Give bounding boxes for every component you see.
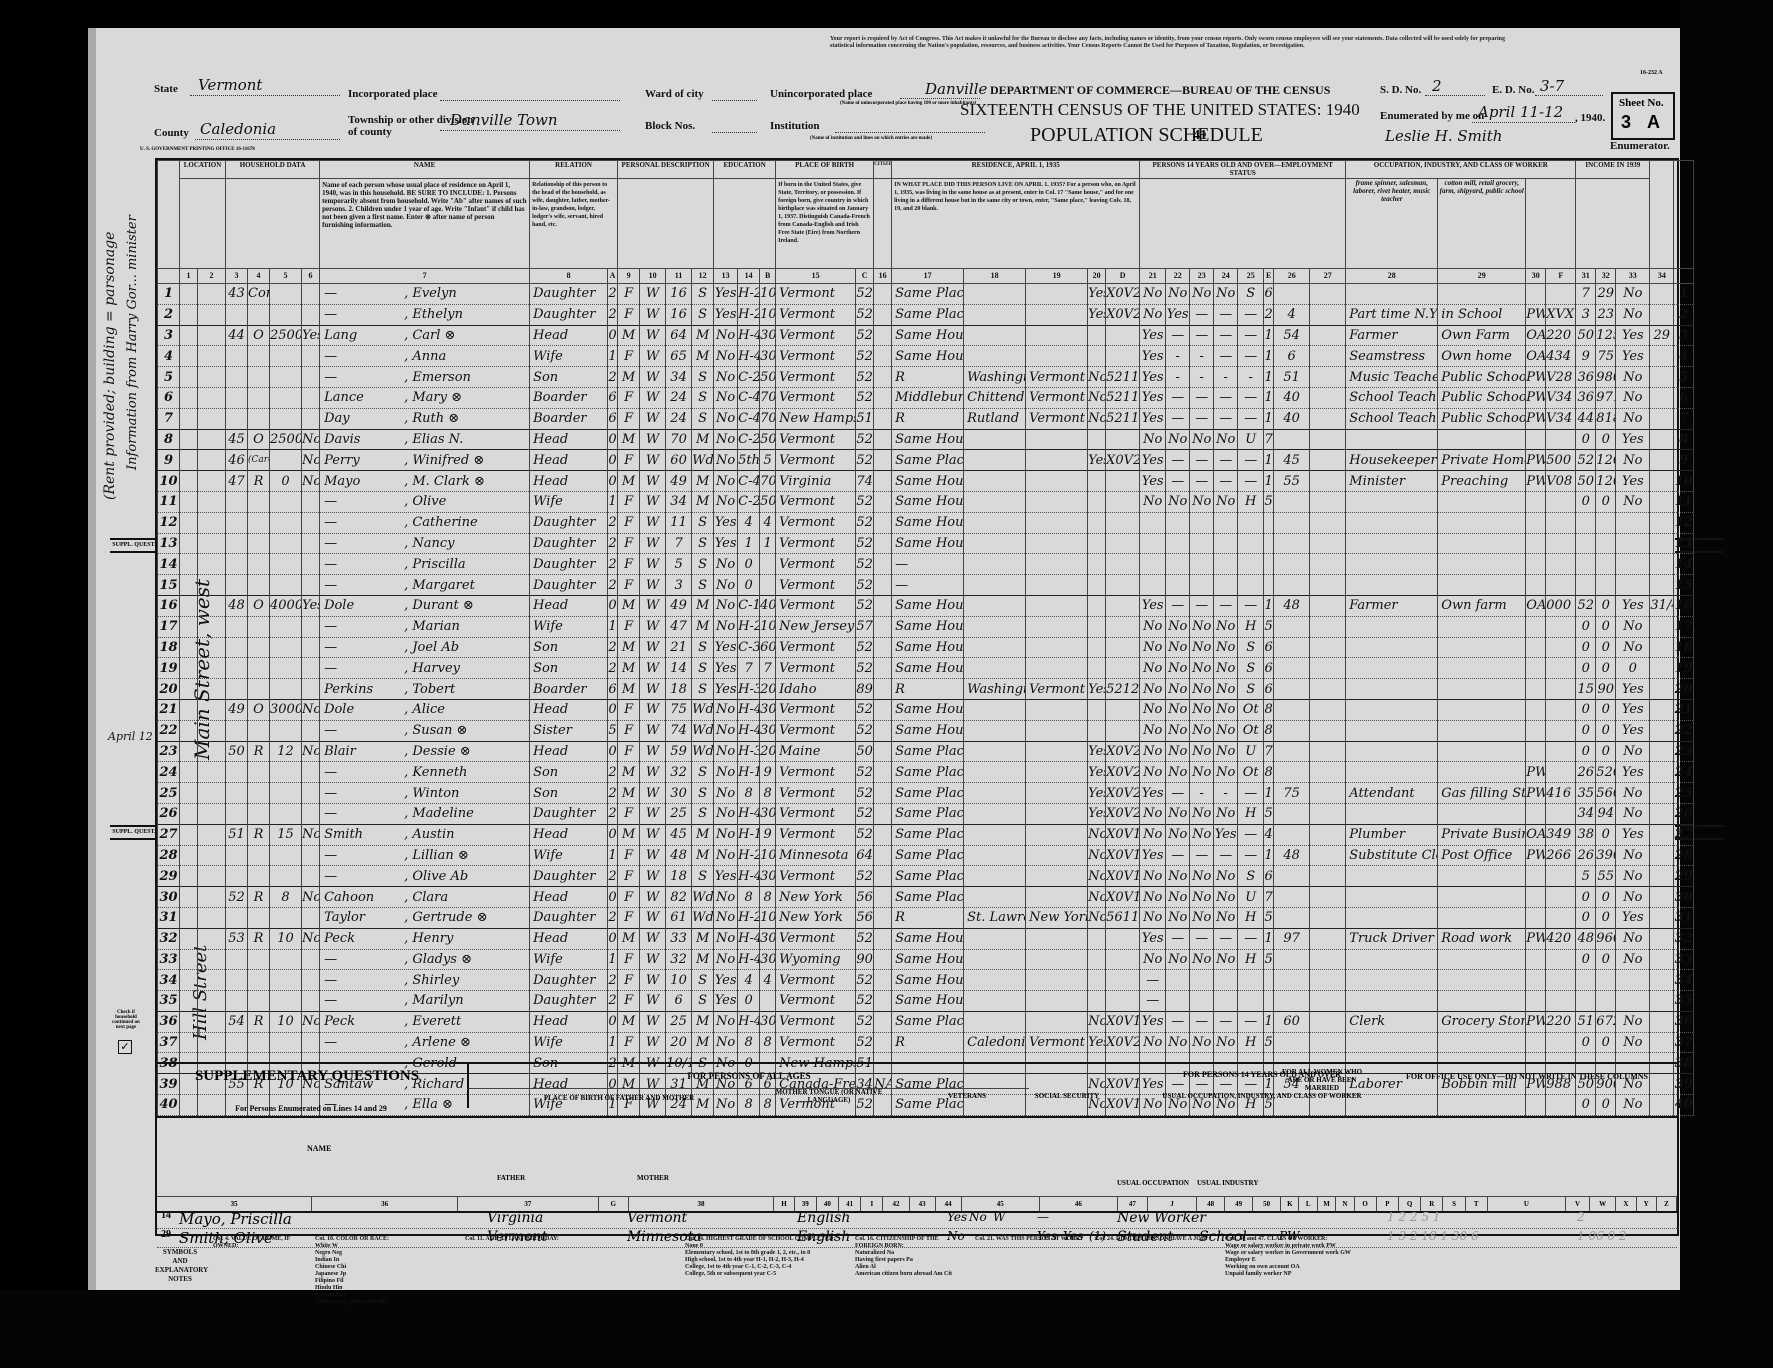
res-state-cell [1026, 741, 1088, 762]
farm35-cell [1088, 575, 1106, 596]
codeC-cell: 52 [856, 595, 874, 616]
location-cell [180, 699, 198, 720]
codeB-cell: 10 [760, 907, 776, 928]
line-number: 36 [158, 1011, 180, 1032]
c22-cell: No [1166, 949, 1190, 970]
enumerated-label: Enumerated by me on [1380, 110, 1484, 122]
notes-col16-items: Naturalized NaHaving first papers PaAlie… [855, 1250, 965, 1278]
note-item: Naturalized Na [855, 1250, 965, 1257]
c23-cell: No [1190, 887, 1214, 908]
supp-col-father: FATHER [497, 1174, 525, 1182]
age-cell: 7 [666, 533, 692, 554]
location-cell [180, 907, 198, 928]
line-number: 17 [1674, 616, 1694, 637]
marital-cell: S [692, 367, 714, 388]
cit-cell [874, 367, 892, 388]
codeF-cell: 500 86 [1546, 450, 1576, 471]
grade-cell: H-2 [738, 907, 760, 928]
cit-cell [874, 1032, 892, 1053]
surname: Taylor [324, 910, 404, 925]
codeD-cell [1106, 575, 1140, 596]
hours-cell: 75 [1274, 783, 1310, 804]
line-number: 27 [1674, 824, 1694, 845]
c34-cell [1650, 637, 1674, 658]
surname: Smith [324, 827, 404, 842]
codeF-cell [1546, 616, 1576, 637]
school-cell: No [714, 803, 738, 824]
line-number: 15 [1674, 575, 1694, 596]
c31-cell: 0 [1576, 491, 1596, 512]
res-county-cell [964, 762, 1026, 783]
birthplace-cell: Vermont [776, 346, 856, 367]
location-cell [180, 471, 198, 492]
dwelling-cell [226, 616, 248, 637]
race-cell: W [640, 284, 666, 305]
personal-desc [618, 179, 714, 269]
codeF-cell [1546, 866, 1576, 887]
codeB-cell: 9 [760, 824, 776, 845]
res-place-cell: Same Place [892, 284, 964, 305]
sex-cell: F [618, 284, 640, 305]
column-number: A [608, 269, 618, 284]
occupation-cell: Housekeeper [1346, 450, 1438, 471]
age-cell: 25 [666, 803, 692, 824]
res-state-cell [1026, 803, 1088, 824]
group-education: EDUCATION [714, 161, 776, 179]
tenure-cell [248, 949, 270, 970]
marital-cell: M [692, 325, 714, 346]
codeE-cell: 1 [1264, 387, 1274, 408]
scan-background-bottom [0, 1290, 1773, 1368]
weeks-cell [1310, 803, 1346, 824]
codeF-cell: 266 95 [1546, 845, 1576, 866]
location-cell [180, 658, 198, 679]
race-cell: W [640, 367, 666, 388]
sex-cell: F [618, 907, 640, 928]
legal-notice: Your report is required by Act of Congre… [830, 36, 1530, 50]
grade-cell: C-2 [738, 429, 760, 450]
codeB-cell: 30 [760, 346, 776, 367]
column-number: 7 [320, 269, 530, 284]
codeE-cell: 2 [1264, 304, 1274, 325]
class-cell [1526, 887, 1546, 908]
c23-cell: No [1190, 949, 1214, 970]
weeks-cell [1310, 658, 1346, 679]
hours-cell [1274, 970, 1310, 991]
census-title: SIXTEENTH CENSUS OF THE UNITED STATES: 1… [960, 100, 1360, 120]
c34-cell [1650, 699, 1674, 720]
supplementary-subtitle: For Persons Enumerated on Lines 14 and 2… [161, 1104, 461, 1113]
location-cell [198, 741, 226, 762]
grade-cell: 8 [738, 1032, 760, 1053]
farm35-cell [1088, 616, 1106, 637]
codeD-cell: X0V2 [1106, 284, 1140, 305]
res-county-cell [964, 304, 1026, 325]
industry-cell [1438, 970, 1526, 991]
weeks-cell [1310, 575, 1346, 596]
dwelling-cell [226, 387, 248, 408]
tenure-cell: O [248, 429, 270, 450]
location-cell [180, 949, 198, 970]
codeE-cell: 7 [1264, 887, 1274, 908]
class-cell: PW [1526, 762, 1546, 783]
table-row: 19—, HarveySon2MW14SYes77Vermont52Same H… [158, 658, 1716, 679]
res-place-cell: Same Place [892, 887, 964, 908]
surname: — [324, 952, 404, 967]
surname: — [324, 557, 404, 572]
class-cell [1526, 533, 1546, 554]
codeD-cell: X0V1 [1106, 1011, 1140, 1032]
table-row: 17—, MarianWife1FW47MNoH-210New Jersey57… [158, 616, 1716, 637]
farm35-cell: No [1088, 887, 1106, 908]
given-name: , Lillian ⊗ [404, 848, 469, 863]
sex-cell: F [618, 949, 640, 970]
sex-cell: M [618, 824, 640, 845]
line-number: 35 [158, 991, 180, 1012]
line-number: 13 [1674, 533, 1694, 554]
birthplace-cell: Vermont [776, 304, 856, 325]
class-cell [1526, 699, 1546, 720]
c32-cell: 23 [1596, 304, 1616, 325]
c24-cell: No [1214, 284, 1238, 305]
birthplace-cell: Idaho [776, 679, 856, 700]
given-name: , Joel Ab [404, 640, 459, 655]
tenure-cell [248, 346, 270, 367]
codeD-cell: X0V2 [1106, 783, 1140, 804]
res-county-cell: Washington [964, 367, 1026, 388]
school-cell: No [714, 491, 738, 512]
codeC-cell: 52 [856, 637, 874, 658]
hours-cell: 55 [1274, 471, 1310, 492]
table-row: 29—, Olive AbDaughter2FW18SYesH-430Vermo… [158, 866, 1716, 887]
codeA-cell: 2 [608, 575, 618, 596]
sex-cell: F [618, 346, 640, 367]
cit-cell [874, 616, 892, 637]
occupation-cell [1346, 554, 1438, 575]
c21-cell: No [1140, 907, 1166, 928]
c31-cell: 0 [1576, 1032, 1596, 1053]
value-cell [270, 408, 302, 429]
surname: — [324, 286, 404, 301]
c23-cell: No [1190, 762, 1214, 783]
given-name: , Elias N. [404, 432, 463, 447]
class-cell [1526, 866, 1546, 887]
c33-cell [1616, 991, 1650, 1012]
value-cell [270, 512, 302, 533]
res-place-cell: Same Place [892, 783, 964, 804]
person-name: —, Kenneth [320, 762, 530, 783]
c21-cell: No [1140, 658, 1166, 679]
cit-cell [874, 970, 892, 991]
location-cell [198, 949, 226, 970]
population-table: LOCATION HOUSEHOLD DATA NAME RELATION PE… [155, 158, 1679, 1118]
value-cell [270, 658, 302, 679]
column-number: 20 [1088, 269, 1106, 284]
marital-cell: Wd [692, 450, 714, 471]
dwelling-cell: 51 [226, 824, 248, 845]
person-name: —, Olive Ab [320, 866, 530, 887]
occupation-cell: Attendant [1346, 783, 1438, 804]
codeA-cell: 2 [608, 533, 618, 554]
cit-cell [874, 325, 892, 346]
industry-cell: Own farm [1438, 595, 1526, 616]
c25-cell [1238, 970, 1264, 991]
location-cell [180, 575, 198, 596]
c21-cell [1140, 512, 1166, 533]
value-cell [270, 616, 302, 637]
tenure-cell [248, 783, 270, 804]
res-county-cell [964, 699, 1026, 720]
age-cell: 20 [666, 1032, 692, 1053]
res-state-cell: Vermont [1026, 679, 1088, 700]
line-number: 19 [1674, 658, 1694, 679]
relation-cell: Daughter [530, 907, 608, 928]
c21-cell: Yes [1140, 325, 1166, 346]
industry-cell [1438, 429, 1526, 450]
occupation-cell [1346, 720, 1438, 741]
given-name: , Alice [404, 702, 445, 717]
c21-cell: No [1140, 949, 1166, 970]
farm-cell [302, 533, 320, 554]
c24-cell: No [1214, 720, 1238, 741]
supp-column-number: 43 [910, 1197, 936, 1211]
group-name: NAME [320, 161, 530, 179]
codeC-cell: 52 [856, 803, 874, 824]
class-cell: PW [1526, 845, 1546, 866]
c21-cell: No [1140, 429, 1166, 450]
c34-cell [1650, 928, 1674, 949]
table-row: 14—, PriscillaDaughter2FW5SNo0Vermont52—… [158, 554, 1716, 575]
margin-note-rent: (Rent provided; building = parsonage [102, 232, 118, 500]
c32-cell: 0 [1596, 1032, 1616, 1053]
tenure-cell [248, 616, 270, 637]
grade-cell: H-4 [738, 866, 760, 887]
surname: — [324, 661, 404, 676]
tenure-cell [248, 845, 270, 866]
c32-cell [1596, 970, 1616, 991]
c24-cell: — [1214, 408, 1238, 429]
age-cell: 45 [666, 824, 692, 845]
line-number: 37 [1674, 1032, 1694, 1053]
sex-cell: F [618, 699, 640, 720]
c25-cell: H [1238, 1032, 1264, 1053]
race-cell: W [640, 429, 666, 450]
surname: — [324, 494, 404, 509]
group-location: LOCATION [180, 161, 226, 179]
relation-instructions: Relationship of this person to the head … [530, 179, 618, 269]
farm35-cell [1088, 325, 1106, 346]
table-row: 3654R10NoPeck, EverettHead0MW25MNoH-430V… [158, 1011, 1716, 1032]
class-cell [1526, 1032, 1546, 1053]
codeD-cell: 5211 [1106, 387, 1140, 408]
incorporated-place-underline [440, 100, 620, 101]
codeC-cell: 56 [856, 887, 874, 908]
weeks-cell [1310, 949, 1346, 970]
line-number: 12 [1674, 512, 1694, 533]
codeC-cell: 90 [856, 949, 874, 970]
supp-column-number: 49 [1225, 1197, 1253, 1211]
c22-cell: No [1166, 866, 1190, 887]
race-cell: W [640, 824, 666, 845]
c21-cell: Yes [1140, 367, 1166, 388]
table-row: 15—, MargaretDaughter2FW3SNo0Vermont52—1… [158, 575, 1716, 596]
industry-cell [1438, 554, 1526, 575]
res-county-cell [964, 741, 1026, 762]
industry-cell [1438, 616, 1526, 637]
tenure-cell: R [248, 741, 270, 762]
codeD-cell: 5211 [1106, 408, 1140, 429]
surname: — [324, 536, 404, 551]
industry-cell: Public School [1438, 387, 1526, 408]
occupation-cell [1346, 658, 1438, 679]
line-number: 14 [1674, 554, 1694, 575]
c32-cell: 94 [1596, 803, 1616, 824]
location-cell [180, 616, 198, 637]
line-number: 3 [158, 325, 180, 346]
weeks-cell [1310, 533, 1346, 554]
supp-mother: Vermont [627, 1210, 687, 1226]
c32-cell: 672 [1596, 1011, 1616, 1032]
codeE-cell: 5 [1264, 949, 1274, 970]
codeE-cell: 5 [1264, 616, 1274, 637]
given-name: , Marian [404, 619, 460, 634]
birthplace-cell: Vermont [776, 429, 856, 450]
codeB-cell: 70 [760, 387, 776, 408]
class-cell: PW [1526, 471, 1546, 492]
class-cell: PW [1526, 450, 1546, 471]
occupation-cell [1346, 491, 1438, 512]
hours-cell [1274, 866, 1310, 887]
c22-cell: No [1166, 803, 1190, 824]
codeB-cell: 30 [760, 803, 776, 824]
class-cell: OA [1526, 346, 1546, 367]
dwelling-cell [226, 970, 248, 991]
res-county-cell [964, 512, 1026, 533]
school-cell: No [714, 450, 738, 471]
c21-cell: Yes [1140, 471, 1166, 492]
marital-cell: S [692, 658, 714, 679]
marital-cell: M [692, 616, 714, 637]
c23-cell: — [1190, 450, 1214, 471]
relation-cell: Wife [530, 949, 608, 970]
c31-cell: 0 [1576, 741, 1596, 762]
codeE-cell: 5 [1264, 803, 1274, 824]
c32-cell: 818 [1596, 408, 1616, 429]
res-state-cell [1026, 699, 1088, 720]
res-county-cell [964, 783, 1026, 804]
notes-col10-title: Col. 10. COLOR OR RACE: [315, 1236, 455, 1243]
codeD-cell [1106, 949, 1140, 970]
notes-col4: Col. 4. VALUE OF HOME, IF OWNED: [213, 1236, 308, 1250]
industry-cell: Private Homes [1438, 450, 1526, 471]
column-number [158, 269, 180, 284]
industry-cell [1438, 741, 1526, 762]
c23-cell: No [1190, 824, 1214, 845]
cit-cell [874, 720, 892, 741]
farm35-cell: Yes [1088, 741, 1106, 762]
note-item: None 0 [685, 1243, 845, 1250]
c22-cell: No [1166, 699, 1190, 720]
dwelling-cell [226, 658, 248, 679]
c33-cell: Yes [1616, 595, 1650, 616]
res-state-cell [1026, 533, 1088, 554]
cit-cell [874, 471, 892, 492]
res-county-cell: Washington [964, 679, 1026, 700]
c32-cell: 120 [1596, 450, 1616, 471]
sheet-number-box: Sheet No. 3 A [1611, 92, 1675, 140]
codeA-cell: 0 [608, 824, 618, 845]
group-income: INCOME IN 1939 [1576, 161, 1650, 179]
res-county-cell [964, 720, 1026, 741]
supp-col-name: NAME [307, 1144, 331, 1153]
c23-cell: No [1190, 658, 1214, 679]
line-number: 15 [158, 575, 180, 596]
c34-cell [1650, 866, 1674, 887]
note-item: Negro Neg [315, 1250, 455, 1257]
farm-cell [302, 554, 320, 575]
c31-cell: 51 [1576, 1011, 1596, 1032]
res-state-cell [1026, 824, 1088, 845]
relation-cell: Head [530, 741, 608, 762]
sheet-number: 3 [1621, 112, 1631, 133]
codeC-cell: 52 [856, 284, 874, 305]
tenure-cell [248, 491, 270, 512]
dwelling-cell [226, 679, 248, 700]
c34-cell: 29 [1650, 325, 1674, 346]
codeC-cell: 89 [856, 679, 874, 700]
cit-cell [874, 679, 892, 700]
occupation-cell: School Teacher [1346, 408, 1438, 429]
line-number: 36 [1674, 1011, 1694, 1032]
dwelling-cell [226, 783, 248, 804]
codeD-cell [1106, 991, 1140, 1012]
codeB-cell: 10 [760, 304, 776, 325]
birthplace-cell: Vermont [776, 595, 856, 616]
weeks-cell [1310, 824, 1346, 845]
location-cell [198, 387, 226, 408]
given-name: , Austin [404, 827, 454, 842]
codeA-cell: 0 [608, 699, 618, 720]
codeC-cell: 52 [856, 367, 874, 388]
line-number: 25 [1674, 783, 1694, 804]
res-place-cell: Same House [892, 595, 964, 616]
res-county-cell [964, 824, 1026, 845]
weeks-cell [1310, 429, 1346, 450]
hours-cell [1274, 720, 1310, 741]
dwelling-cell [226, 554, 248, 575]
c23-cell: - [1190, 367, 1214, 388]
continued-checkbox[interactable]: ✓ [118, 1040, 132, 1054]
dwelling-cell [226, 762, 248, 783]
birthplace-cell: Vermont [776, 533, 856, 554]
c31-cell: 0 [1576, 429, 1596, 450]
codeE-cell: 1 [1264, 845, 1274, 866]
cit-cell [874, 575, 892, 596]
res-county-cell [964, 928, 1026, 949]
c34-cell [1650, 907, 1674, 928]
c23-cell: No [1190, 907, 1214, 928]
birthplace-cell: Vermont [776, 803, 856, 824]
res-county-cell [964, 845, 1026, 866]
weeks-cell [1310, 699, 1346, 720]
grade-cell: 4 [738, 512, 760, 533]
relation-cell: Wife [530, 491, 608, 512]
line-number: 24 [158, 762, 180, 783]
c33-cell [1616, 533, 1650, 554]
farm35-cell [1088, 928, 1106, 949]
c33-cell: Yes [1616, 471, 1650, 492]
industry-cell [1438, 699, 1526, 720]
